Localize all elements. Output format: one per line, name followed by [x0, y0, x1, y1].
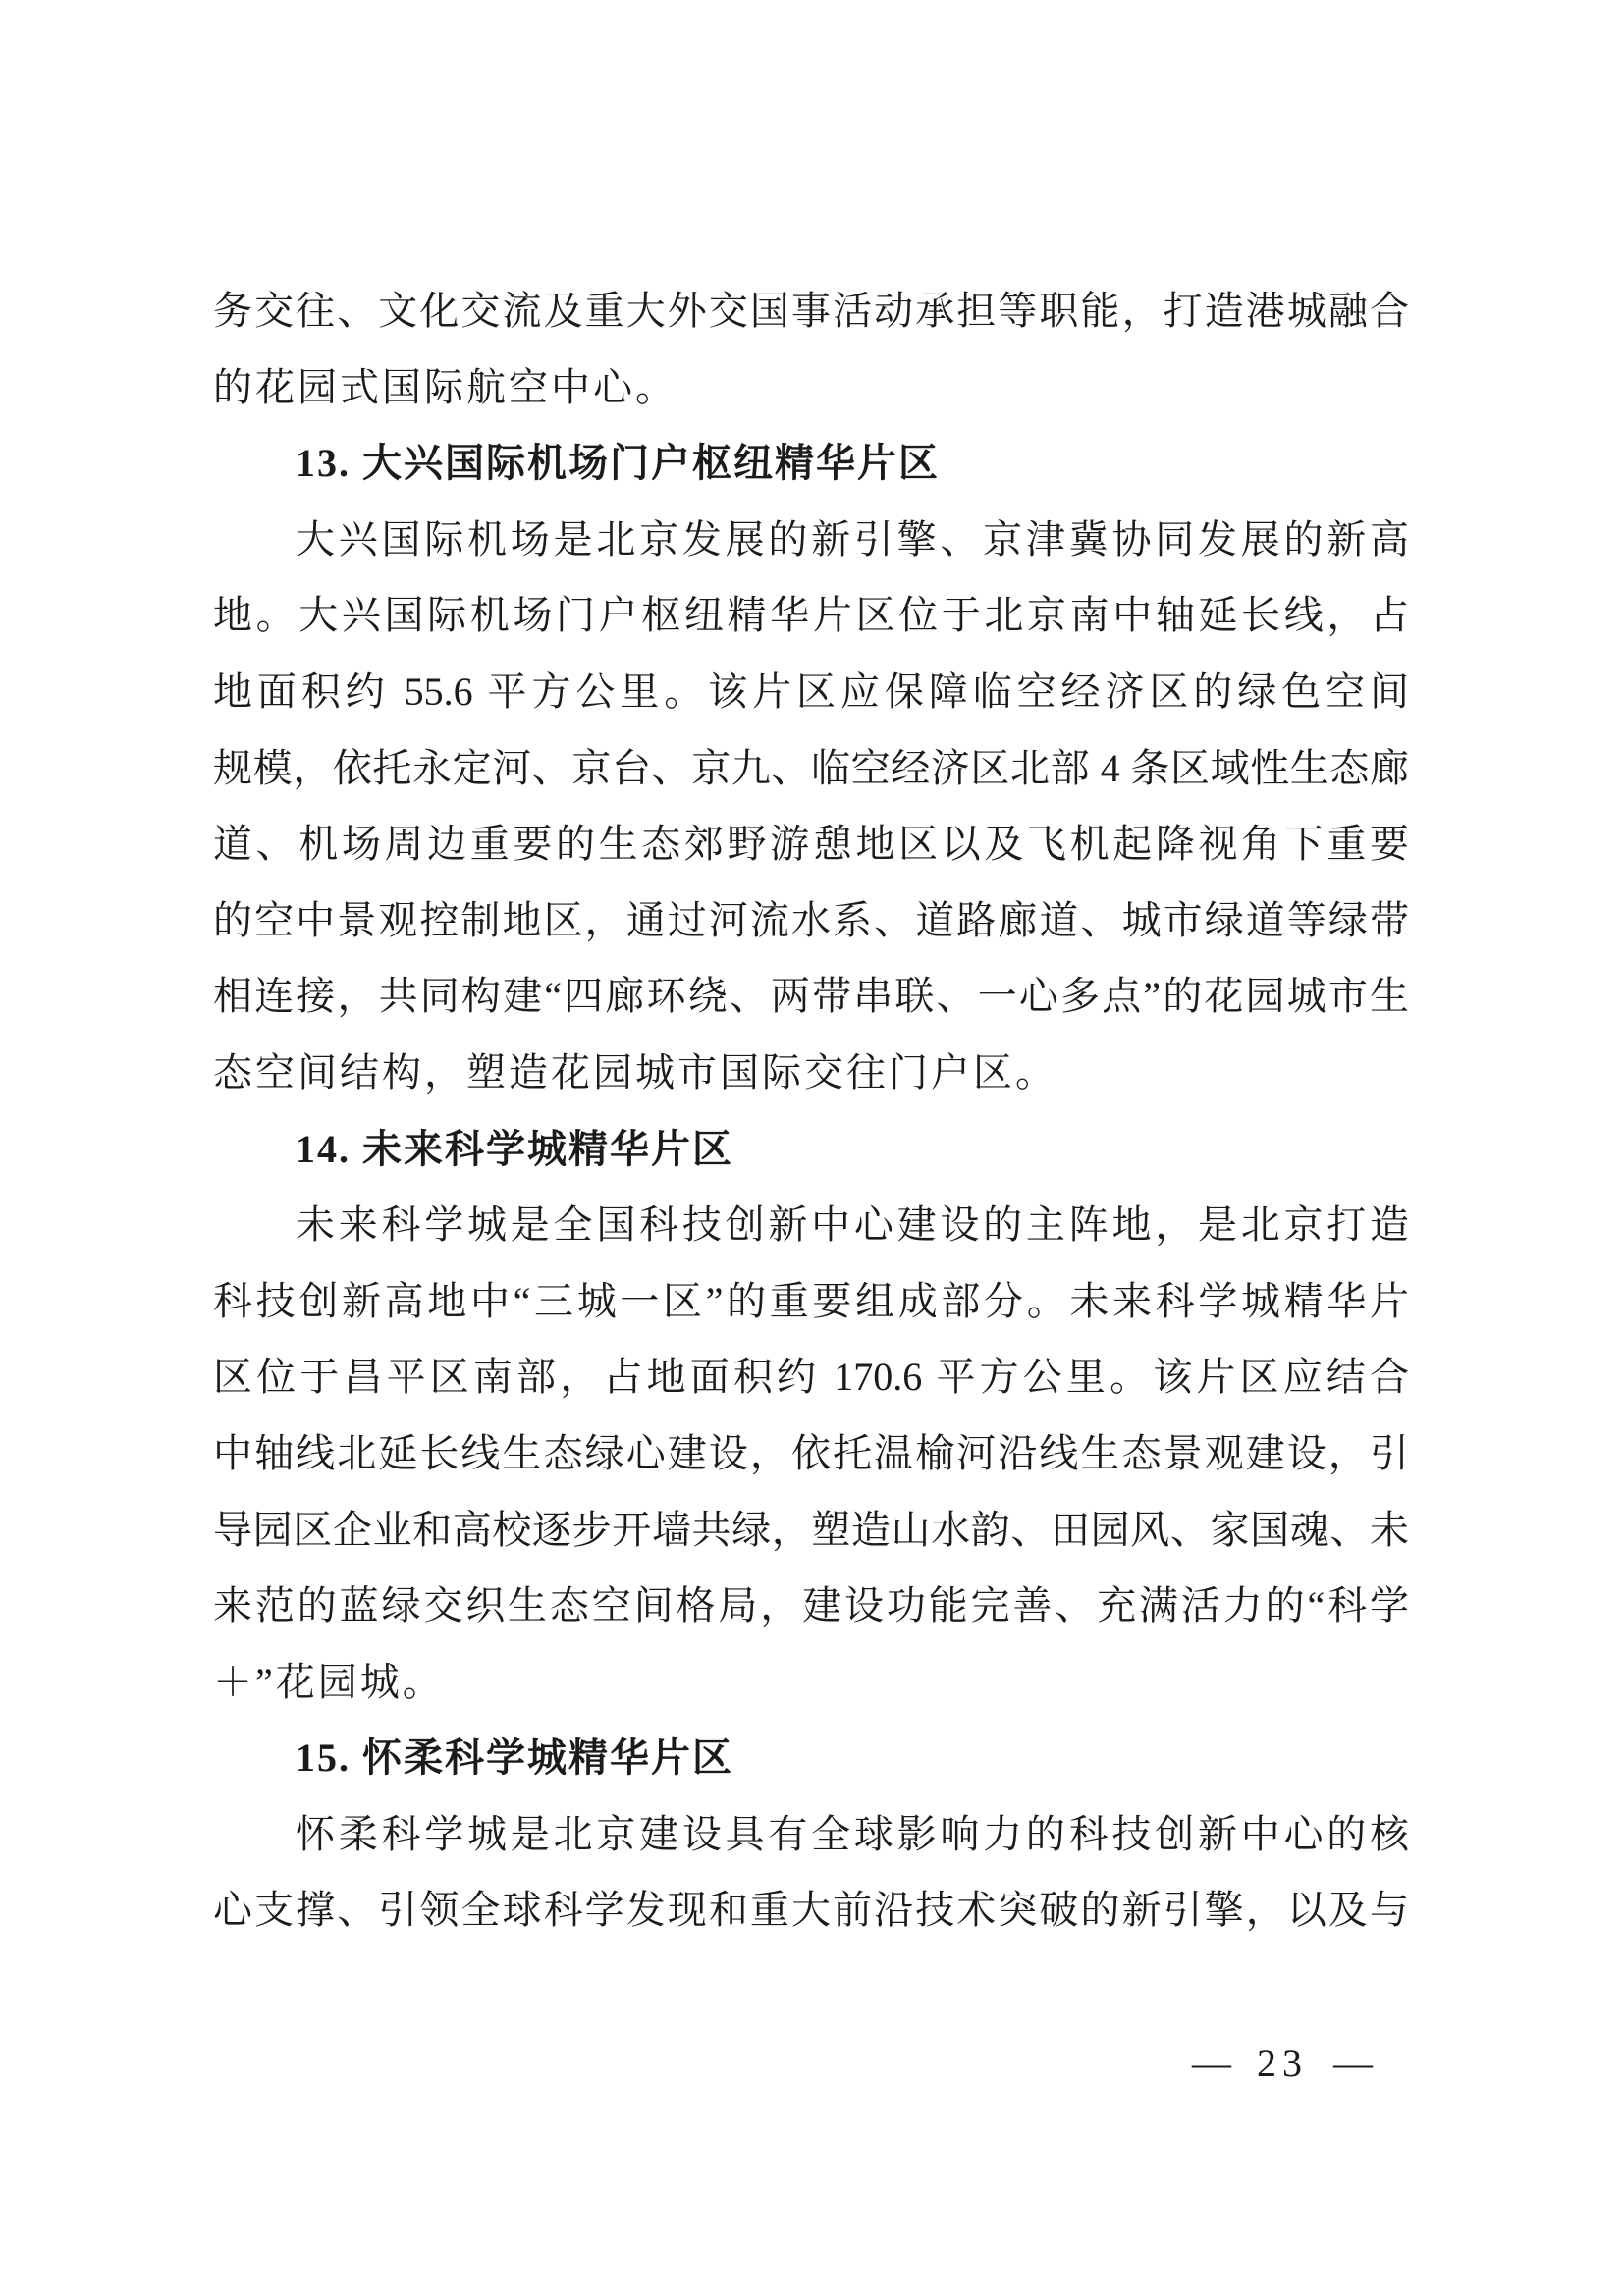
para-12-line: 务交往、文化交流及重大外交国事活动承担等职能，打造港城融合: [213, 273, 1409, 349]
section-13-heading: 13. 大兴国际机场门户枢纽精华片区: [213, 425, 1409, 502]
para-14-line: 未来科学城是全国科技创新中心建设的主阵地，是北京打造: [213, 1187, 1409, 1263]
para-13-line: 规模，依托永定河、京台、京九、临空经济区北部 4 条区域性生态廊: [213, 730, 1409, 807]
footer-right-dash: —: [1333, 2034, 1373, 2093]
para-12-line: 的花园式国际航空中心。: [213, 349, 1409, 426]
page-footer: —23—: [1192, 2034, 1373, 2093]
para-13-line: 大兴国际机场是北京发展的新引擎、京津冀协同发展的新高: [213, 502, 1409, 578]
para-13-line: 地面积约 55.6 平方公里。该片区应保障临空经济区的绿色空间: [213, 654, 1409, 730]
para-15-line: 怀柔科学城是北京建设具有全球影响力的科技创新中心的核: [213, 1796, 1409, 1873]
para-13-line: 相连接，共同构建“四廊环绕、两带串联、一心多点”的花园城市生: [213, 958, 1409, 1035]
para-14-line: 区位于昌平区南部，占地面积约 170.6 平方公里。该片区应结合: [213, 1339, 1409, 1415]
para-13-line: 的空中景观控制地区，通过河流水系、道路廊道、城市绿道等绿带: [213, 882, 1409, 959]
para-14-line: ＋”花园城。: [213, 1644, 1409, 1721]
para-13-line: 态空间结构，塑造花园城市国际交往门户区。: [213, 1035, 1409, 1111]
para-14-line: 导园区企业和高校逐步开墙共绿，塑造山水韵、田园风、家国魂、未: [213, 1492, 1409, 1569]
para-14-line: 中轴线北延长线生态绿心建设，依托温榆河沿线生态景观建设，引: [213, 1415, 1409, 1492]
page-number: 23: [1257, 2034, 1308, 2093]
document-page: 务交往、文化交流及重大外交国事活动承担等职能，打造港城融合的花园式国际航空中心。…: [0, 0, 1624, 2296]
para-14-line: 科技创新高地中“三城一区”的重要组成部分。未来科学城精华片: [213, 1263, 1409, 1340]
section-14-heading: 14. 未来科学城精华片区: [213, 1111, 1409, 1188]
para-15-line: 心支撑、引领全球科学发现和重大前沿技术突破的新引擎，以及与: [213, 1872, 1409, 1949]
para-13-line: 道、机场周边重要的生态郊野游憩地区以及飞机起降视角下重要: [213, 806, 1409, 882]
para-14-line: 来范的蓝绿交织生态空间格局，建设功能完善、充满活力的“科学: [213, 1568, 1409, 1644]
section-15-heading: 15. 怀柔科学城精华片区: [213, 1720, 1409, 1796]
footer-left-dash: —: [1192, 2034, 1231, 2093]
para-13-line: 地。大兴国际机场门户枢纽精华片区位于北京南中轴延长线，占: [213, 577, 1409, 654]
document-text-block: 务交往、文化交流及重大外交国事活动承担等职能，打造港城融合的花园式国际航空中心。…: [213, 273, 1409, 1949]
